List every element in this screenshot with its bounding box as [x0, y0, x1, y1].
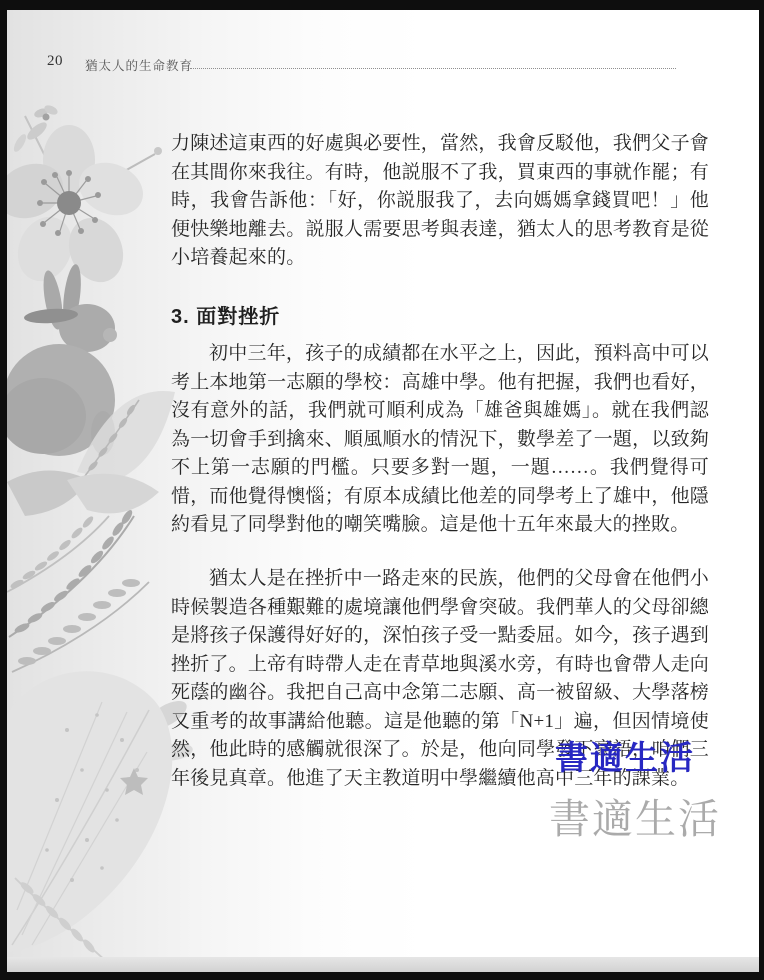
leaf-illustration	[7, 671, 194, 962]
page-number: 20	[47, 53, 63, 70]
watermark-gray: 書適生活	[549, 786, 721, 845]
scanned-book-page: { "header": { "page_number": "20", "book…	[0, 0, 764, 980]
flower-illustration	[7, 125, 162, 290]
body-paragraph: 初中三年，孩子的成績都在水平之上，因此，預料高中可以考上本地第一志願的學校：高雄…	[171, 340, 709, 540]
scan-edge-band	[7, 957, 759, 972]
body-paragraph: 力陳述這東西的好處與必要性，當然，我會反駁他，我們父子會在其間你來我往。有時，他…	[171, 130, 709, 273]
header-dotted-rule	[190, 59, 676, 69]
watermark-blue: 書適生活	[555, 732, 695, 779]
rabbit-illustration	[7, 263, 117, 456]
running-head-title: 猶太人的生命教育	[85, 56, 193, 74]
book-page: 20 猶太人的生命教育 力陳述這東西的好處與必要性，當然，我會反駁他，我們父子會…	[7, 10, 759, 972]
section-heading: 3. 面對挫折	[171, 300, 280, 329]
